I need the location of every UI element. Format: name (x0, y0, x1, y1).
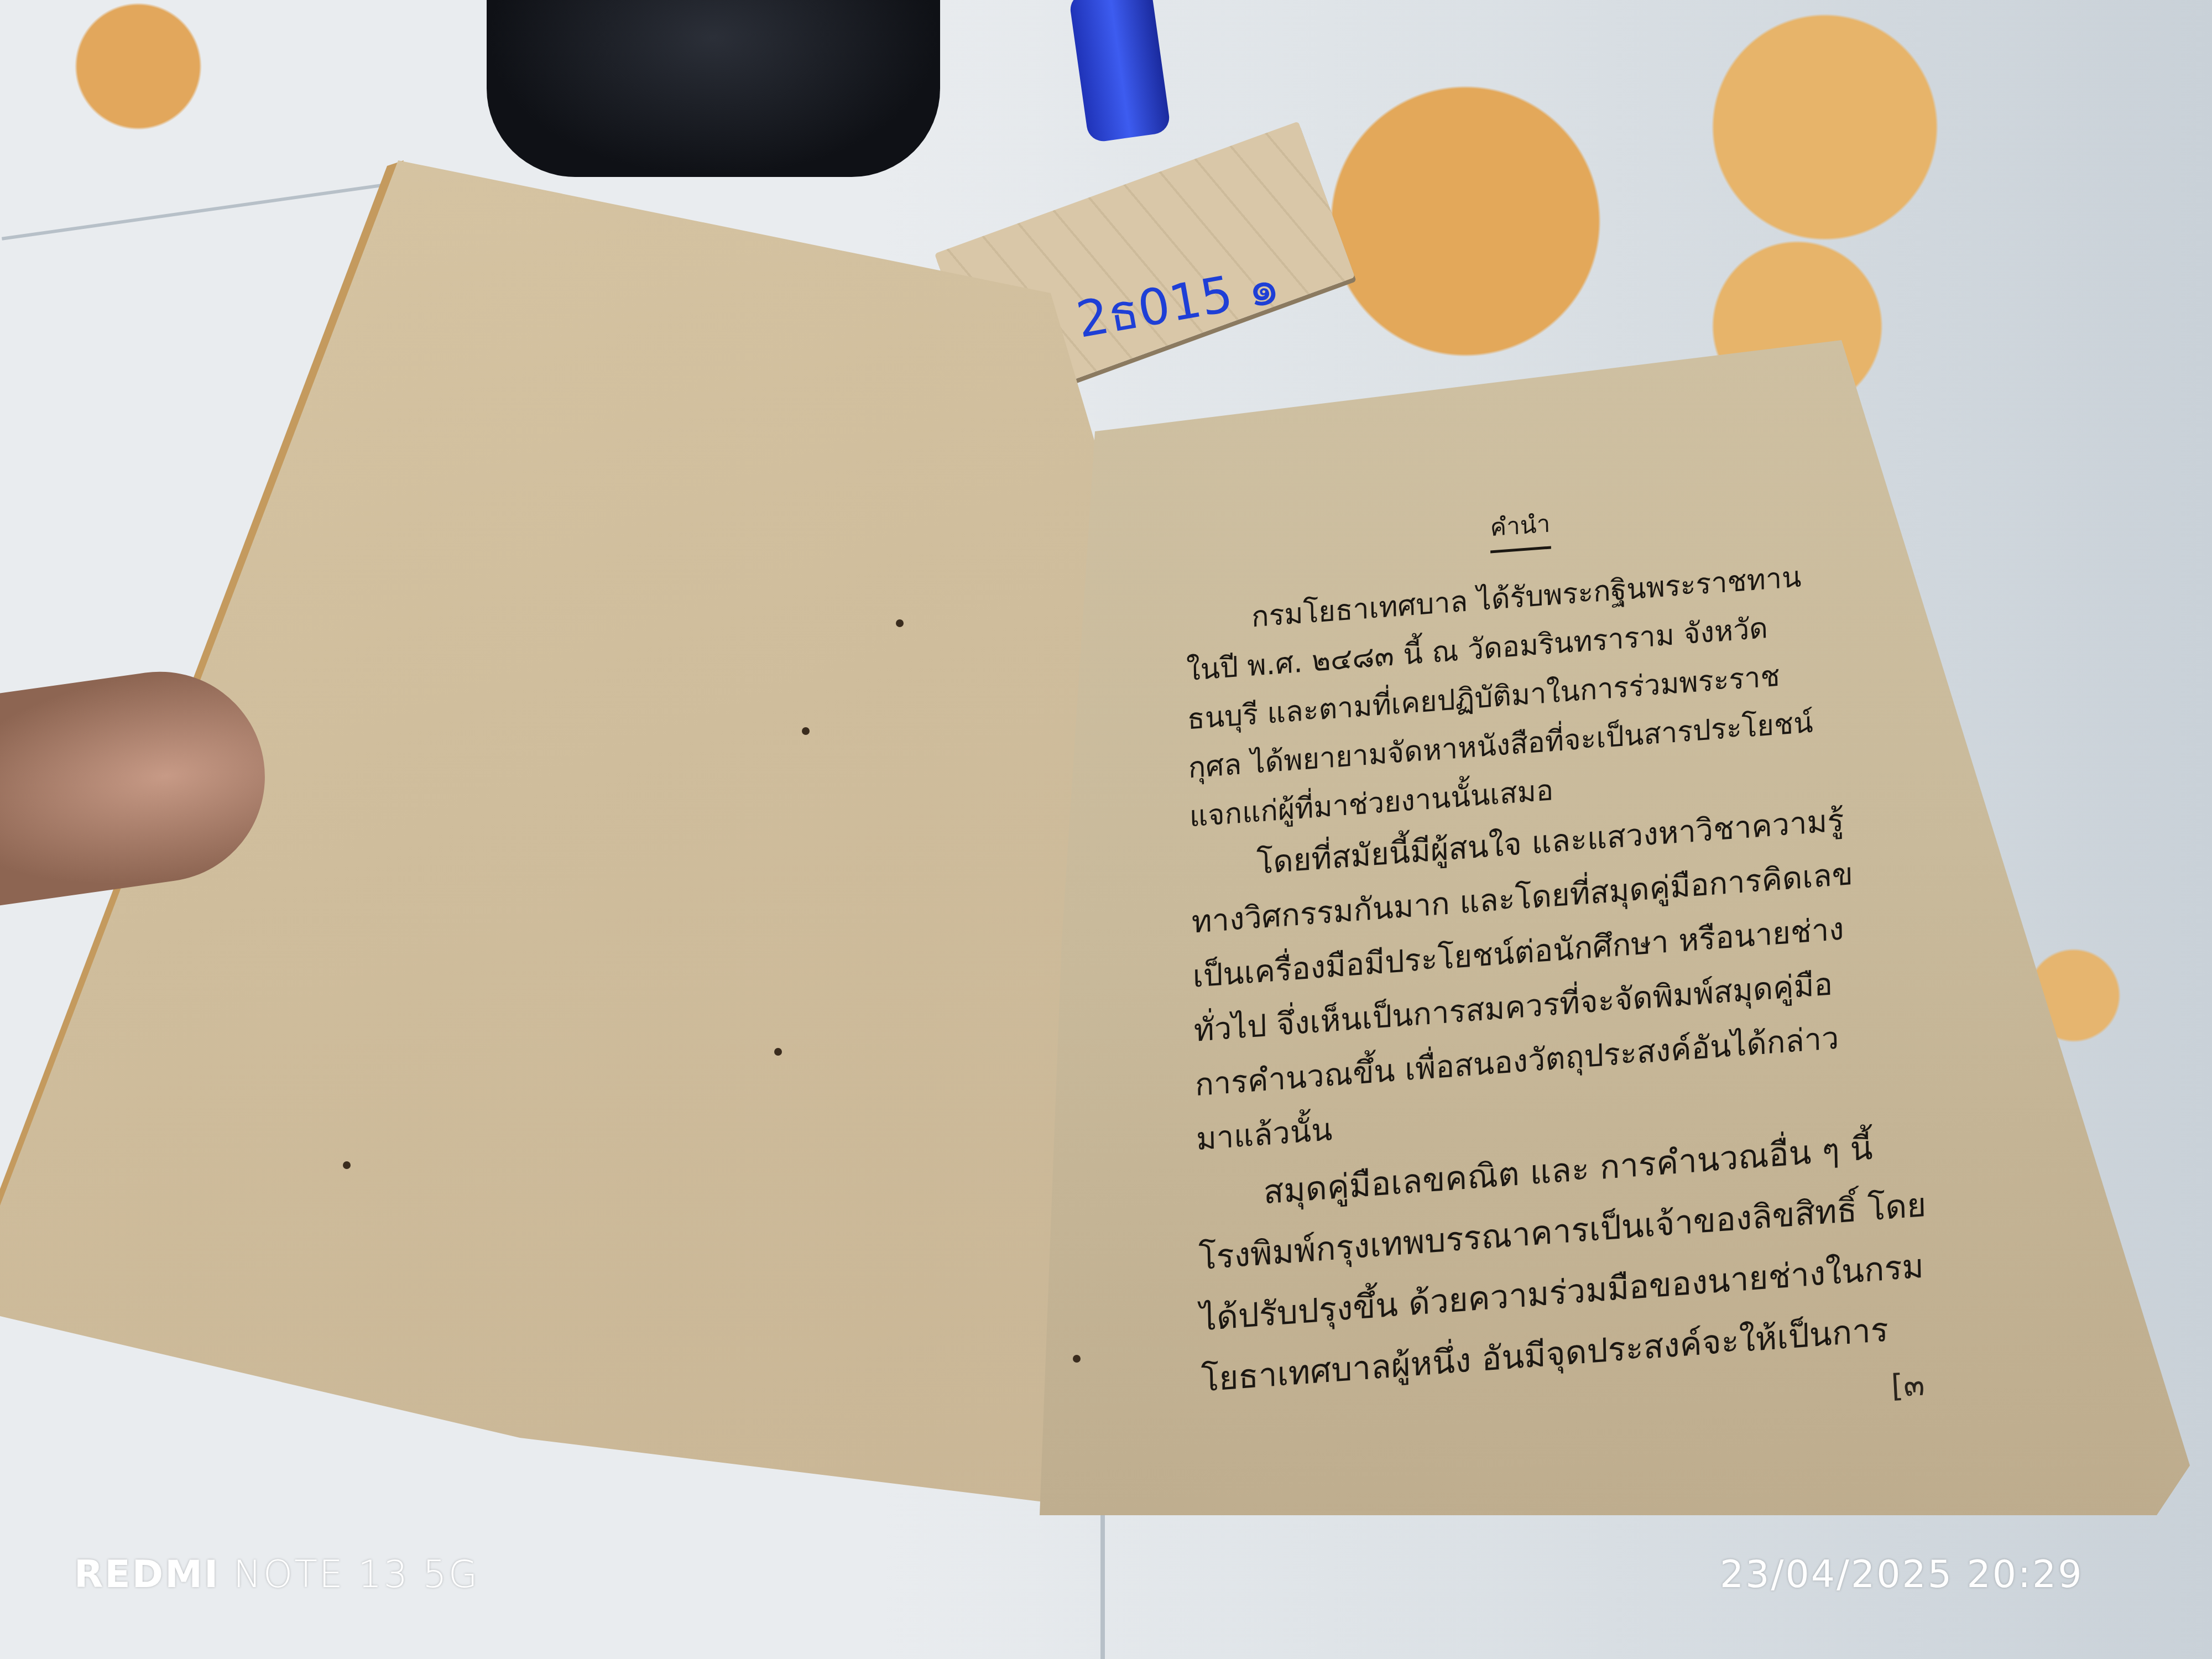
brand-model: NOTE 13 5G (233, 1553, 479, 1597)
title-underline (1490, 546, 1551, 553)
binding-hole (343, 1161, 351, 1169)
binding-hole (1073, 1355, 1081, 1363)
binding-hole (802, 727, 810, 735)
open-booklet: คำนำ กรมโยธาเทศบาล ได้รับพระกฐินพระราชทา… (0, 0, 2212, 1659)
brand-name: REDMI (74, 1553, 220, 1597)
camera-watermark-brand: REDMI NOTE 13 5G (74, 1553, 479, 1597)
binding-hole (774, 1048, 782, 1056)
preface-text: คำนำ กรมโยธาเทศบาล ได้รับพระกฐินพระราชทา… (1183, 478, 1919, 1411)
binding-hole (896, 619, 904, 627)
page-number: [๓ (1890, 1359, 1926, 1410)
camera-watermark-datetime: 23/04/2025 20:29 (1720, 1553, 2084, 1597)
paragraph-2: โดยที่สมัยนี้มีผู้สนใจ และแสวงหาวิชาความ… (1190, 789, 1914, 1167)
